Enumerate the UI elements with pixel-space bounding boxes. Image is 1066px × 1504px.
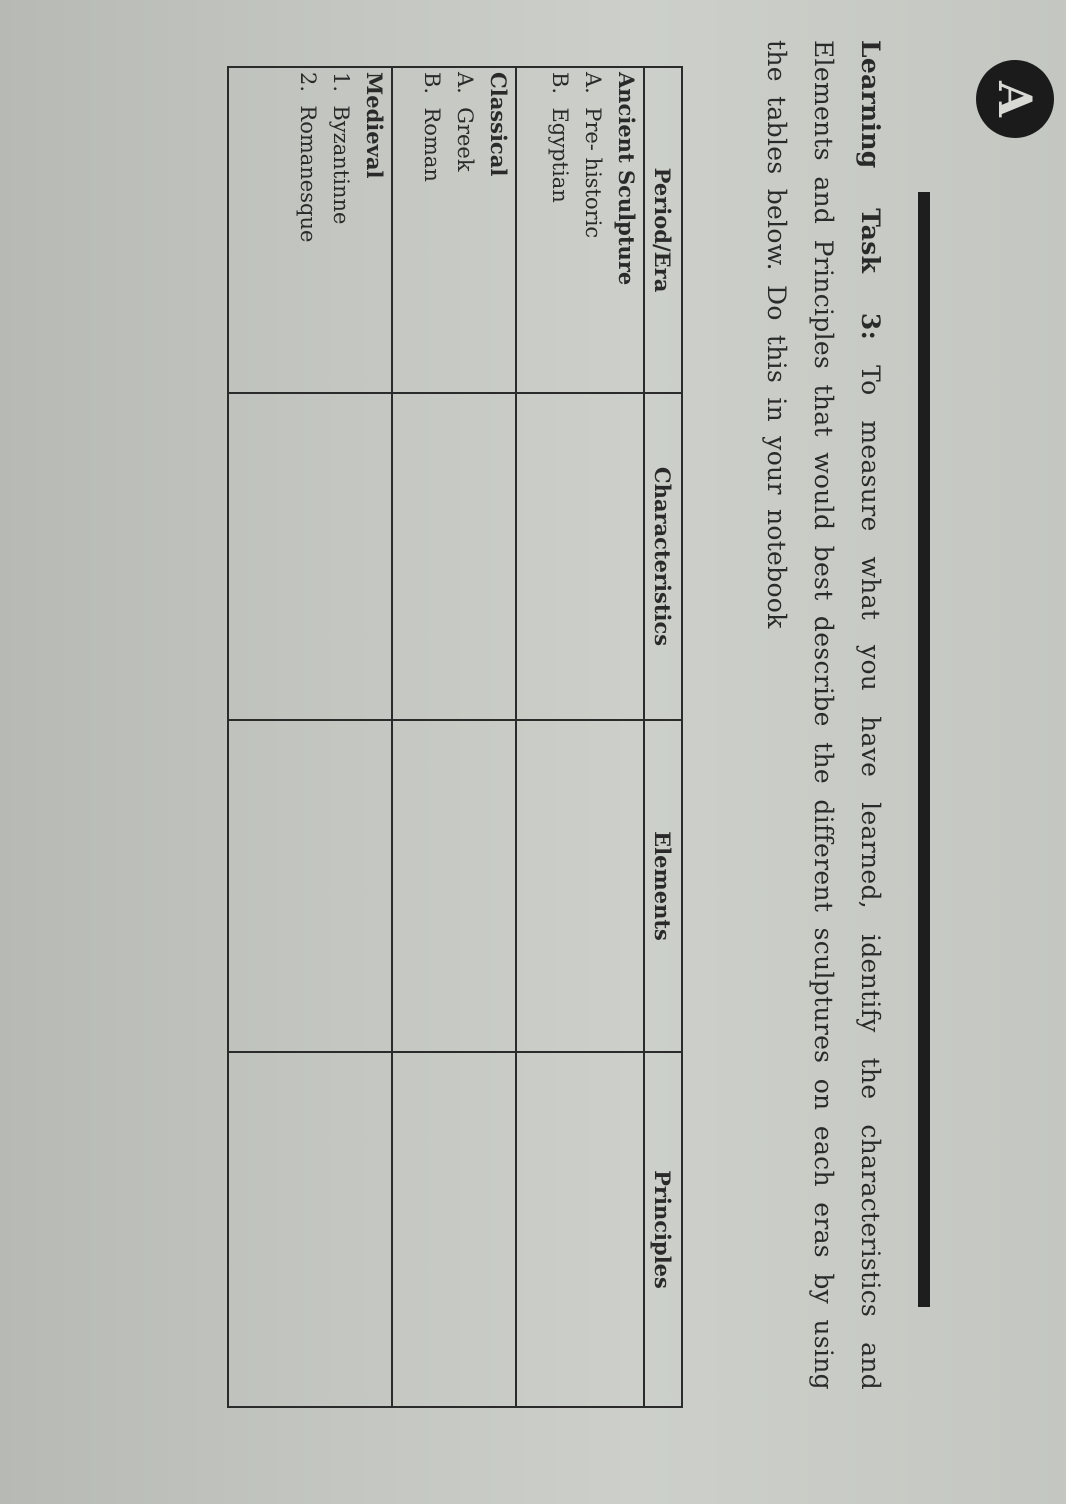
header-principles: Principles [644, 1052, 682, 1407]
period-cell-ancient: Ancient Sculpture A. Pre- historic B. Eg… [516, 67, 644, 393]
table-row-classical: Classical A. Greek B. Roman [392, 67, 516, 1407]
task-instructions: Learning Task 3: To measure what you hav… [753, 40, 894, 1390]
era-table: Period/Era Characteristics Elements Prin… [227, 66, 683, 1408]
header-characteristics: Characteristics [644, 393, 682, 720]
characteristics-cell-ancient [516, 393, 644, 720]
era-title-medieval: Medieval [357, 68, 391, 392]
era-title-ancient: Ancient Sculpture [609, 68, 643, 392]
table-header-row: Period/Era Characteristics Elements Prin… [644, 67, 682, 1407]
era-item-byzantine: 1. Byzantinne [324, 68, 357, 392]
table-row-medieval: Medieval 1. Byzantinne 2. Romanesque [228, 67, 392, 1407]
era-item-roman: B. Roman [415, 68, 448, 392]
elements-cell-ancient [516, 720, 644, 1052]
era-item-prehistoric: A. Pre- historic [576, 68, 609, 392]
period-cell-medieval: Medieval 1. Byzantinne 2. Romanesque [228, 67, 392, 393]
table-row-ancient-sculpture: Ancient Sculpture A. Pre- historic B. Eg… [516, 67, 644, 1407]
principles-cell-ancient [516, 1052, 644, 1407]
elements-cell-medieval [228, 720, 392, 1052]
era-table-container: Period/Era Characteristics Elements Prin… [227, 66, 683, 1406]
elements-cell-classical [392, 720, 516, 1052]
header-elements: Elements [644, 720, 682, 1052]
section-badge-letter: A [988, 81, 1042, 117]
era-title-classical: Classical [481, 68, 515, 392]
principles-cell-medieval [228, 1052, 392, 1407]
characteristics-cell-medieval [228, 393, 392, 720]
header-rule [918, 192, 930, 1307]
era-item-egyptian: B. Egyptian [543, 68, 576, 392]
task-label: Learning Task 3: [856, 40, 885, 340]
header-period-era: Period/Era [644, 67, 682, 393]
section-badge-icon: A [976, 60, 1054, 138]
worksheet-page: A Learning Task 3: To measure what you h… [0, 0, 1066, 1504]
era-item-greek: A. Greek [448, 68, 481, 392]
characteristics-cell-classical [392, 393, 516, 720]
period-cell-classical: Classical A. Greek B. Roman [392, 67, 516, 393]
era-item-romanesque: 2. Romanesque [291, 68, 324, 392]
principles-cell-classical [392, 1052, 516, 1407]
